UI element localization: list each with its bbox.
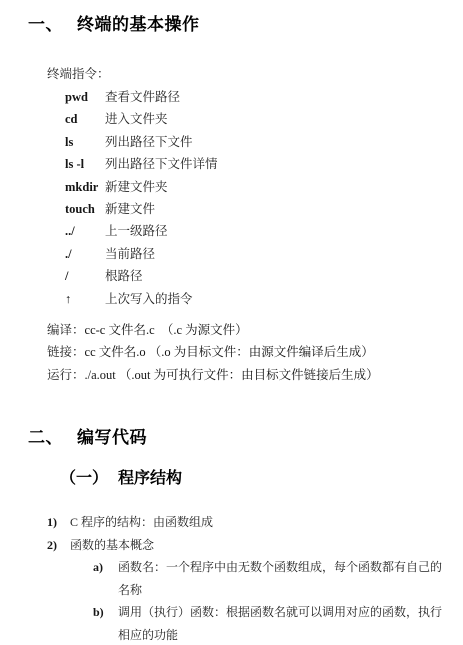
step-text: ./a.out （.out 为可执行文件：由目标文件链接后生成） — [85, 368, 379, 382]
command-row: / 根路径 — [65, 265, 218, 287]
run-step: 运行：./a.out （.out 为可执行文件：由目标文件链接后生成） — [47, 364, 379, 386]
command-row: ../ 上一级路径 — [65, 220, 218, 242]
command-desc: 进入文件夹 — [105, 108, 168, 130]
list-item: 1) C 程序的结构：由函数组成 — [47, 511, 443, 534]
link-step: 链接：cc 文件名.o （.o 为目标文件：由源文件编译后生成） — [47, 341, 379, 363]
subsection-title: 程序结构 — [118, 470, 182, 487]
command-row: ./ 当前路径 — [65, 243, 218, 265]
command-row: cd 进入文件夹 — [65, 108, 218, 130]
step-text: cc 文件名.o （.o 为目标文件：由源文件编译后生成） — [85, 345, 374, 359]
compile-step: 编译：cc-c 文件名.c （.c 为源文件） — [47, 319, 379, 341]
command-desc: 列出路径下文件 — [105, 131, 193, 153]
step-label: 运行： — [47, 368, 85, 382]
list-marker: a) — [93, 556, 118, 601]
subsection-number: （一） — [60, 470, 108, 487]
command-name: touch — [65, 198, 105, 220]
list-marker: 2) — [47, 534, 70, 557]
up-arrow-command: ↑ — [65, 288, 105, 310]
section1-number: 一、 — [28, 15, 63, 34]
terminal-command-list: pwd 查看文件路径 cd 进入文件夹 ls 列出路径下文件 ls -l 列出路… — [65, 86, 218, 310]
command-row: ls 列出路径下文件 — [65, 131, 218, 153]
command-name: ls — [65, 131, 105, 153]
command-name: mkdir — [65, 176, 105, 198]
subsection-heading: （一）程序结构 — [60, 465, 182, 488]
command-desc: 新建文件 — [105, 198, 155, 220]
command-desc: 根路径 — [105, 265, 143, 287]
command-name: ../ — [65, 220, 105, 242]
command-desc: 上一级路径 — [105, 220, 168, 242]
command-name: ls -l — [65, 153, 105, 175]
command-desc: 当前路径 — [105, 243, 155, 265]
sub-list-item: a) 函数名：一个程序中由无数个函数组成，每个函数都有自己的名称 — [93, 556, 443, 601]
list-text: C 程序的结构：由函数组成 — [70, 511, 443, 534]
list-text: 函数名：一个程序中由无数个函数组成，每个函数都有自己的名称 — [118, 556, 443, 601]
step-label: 链接： — [47, 345, 85, 359]
command-name: ./ — [65, 243, 105, 265]
list-marker: b) — [93, 601, 118, 645]
section1-title: 终端的基本操作 — [77, 15, 200, 34]
step-text: cc-c 文件名.c （.c 为源文件） — [85, 323, 248, 337]
list-text: 调用（执行）函数：根据函数名就可以调用对应的函数，执行相应的功能 — [118, 601, 443, 645]
command-desc: 上次写入的指令 — [105, 288, 193, 310]
sub-list-item: b) 调用（执行）函数：根据函数名就可以调用对应的函数，执行相应的功能 — [93, 601, 443, 645]
section2-number: 二、 — [28, 428, 63, 447]
build-steps: 编译：cc-c 文件名.c （.c 为源文件） 链接：cc 文件名.o （.o … — [47, 319, 379, 386]
list-text: 函数的基本概念 — [70, 534, 443, 557]
list-item: 2) 函数的基本概念 — [47, 534, 443, 557]
terminal-commands-label: 终端指令： — [47, 64, 110, 82]
command-row: ↑ 上次写入的指令 — [65, 288, 218, 310]
list-marker: 1) — [47, 511, 70, 534]
section2-heading: 二、编写代码 — [28, 423, 147, 448]
section1-heading: 一、终端的基本操作 — [28, 10, 200, 35]
command-desc: 列出路径下文件详情 — [105, 153, 218, 175]
command-desc: 查看文件路径 — [105, 86, 180, 108]
command-row: mkdir 新建文件夹 — [65, 176, 218, 198]
command-row: touch 新建文件 — [65, 198, 218, 220]
command-name: cd — [65, 108, 105, 130]
command-row: pwd 查看文件路径 — [65, 86, 218, 108]
step-label: 编译： — [47, 323, 85, 337]
command-name: pwd — [65, 86, 105, 108]
command-row: ls -l 列出路径下文件详情 — [65, 153, 218, 175]
numbered-list: 1) C 程序的结构：由函数组成 2) 函数的基本概念 a) 函数名：一个程序中… — [47, 511, 443, 645]
command-name: / — [65, 265, 105, 287]
command-desc: 新建文件夹 — [105, 176, 168, 198]
document-page: 一、终端的基本操作 终端指令： pwd 查看文件路径 cd 进入文件夹 ls 列… — [0, 0, 463, 645]
section2-title: 编写代码 — [77, 428, 147, 447]
